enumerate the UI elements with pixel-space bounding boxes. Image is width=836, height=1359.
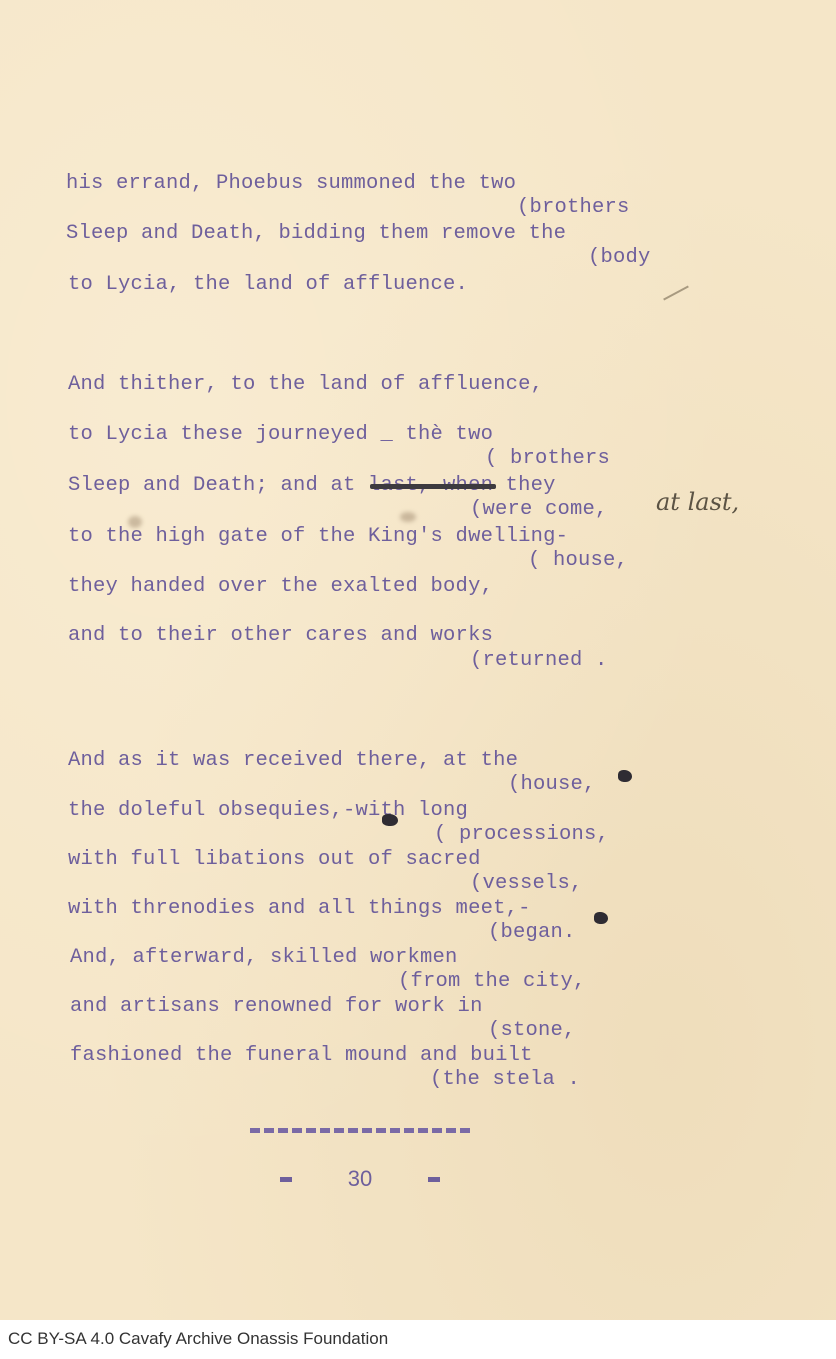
line-1-continuation: (brothers [517,196,630,220]
line-3: to Lycia, the land of affluence. [68,273,468,297]
ink-smudge [400,512,416,522]
line-4: And thither, to the land of affluence, [68,373,543,397]
line-5-continuation: ( brothers [485,447,610,471]
license-credit: CC BY-SA 4.0 Cavafy Archive Onassis Foun… [8,1329,388,1349]
page-number-row: 30 [280,1166,440,1192]
line-2: Sleep and Death, bidding them remove the [66,222,566,246]
line-12-continuation: (vessels, [470,872,583,896]
line-6-continuation: (were come, [470,498,608,522]
line-9: and to their other cares and works [68,624,493,648]
line-12: with full libations out of sacred [68,848,481,872]
struck-through-at-last [370,484,496,489]
line-15-continuation: (stone, [488,1019,576,1043]
line-11-continuation: ( processions, [434,823,609,847]
ink-correction-blot [618,770,632,782]
page-number-dash-right [428,1177,440,1182]
line-7: to the high gate of the King's dwelling- [68,525,568,549]
line-1: his errand, Phoebus summoned the two [66,172,516,196]
line-13: with threnodies and all things meet,- [68,897,531,921]
line-15: and artisans renowned for work in [70,995,483,1019]
line-9-continuation: (returned . [470,649,608,673]
section-divider [250,1128,470,1133]
line-11: the doleful obsequies,-with long [68,799,468,823]
line-8: they handed over the exalted body, [68,575,493,599]
pencil-tick-mark [663,286,689,301]
line-16-continuation: (the stela . [430,1068,580,1092]
line-14: And, afterward, skilled workmen [70,946,458,970]
line-5: to Lycia these journeyed _ thè two [68,423,493,447]
credit-bar: CC BY-SA 4.0 Cavafy Archive Onassis Foun… [0,1320,836,1359]
line-14-continuation: (from the city, [398,970,586,994]
line-10: And as it was received there, at the [68,749,518,773]
ink-correction-blot [594,912,608,924]
page-number-dash-left [280,1177,292,1182]
ink-correction-blot [382,814,398,826]
line-13-continuation: (began. [488,921,576,945]
line-2-continuation: (body [588,246,651,270]
line-16: fashioned the funeral mound and built [70,1044,533,1068]
line-10-continuation: (house, [508,773,596,797]
line-7-continuation: ( house, [528,549,628,573]
manuscript-page: his errand, Phoebus summoned the two (br… [0,0,836,1320]
handwritten-insertion: at last, [656,488,739,516]
page-number: 30 [348,1166,372,1192]
